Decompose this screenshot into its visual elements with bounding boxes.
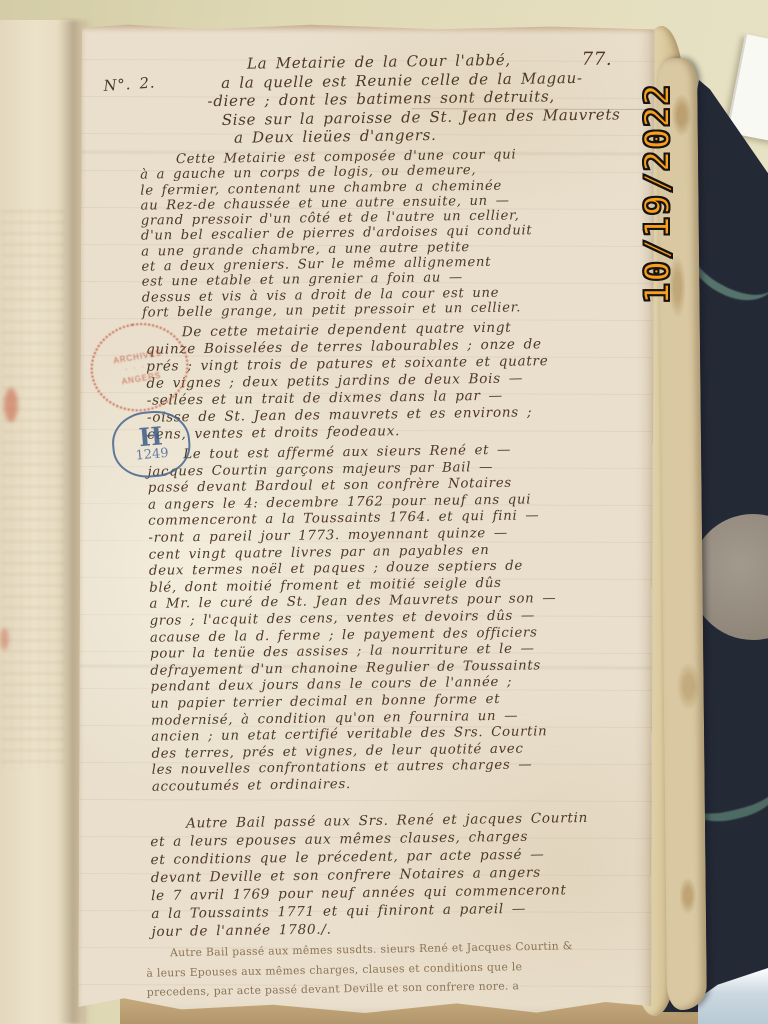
ink-bleedthrough-marks <box>2 210 64 770</box>
manuscript-line: a Deux lieües d'angers. <box>234 124 621 148</box>
red-ink-smudge <box>0 628 9 650</box>
red-stamp-text-top: ARCHIVES <box>113 348 163 365</box>
camera-date-stamp: 10/19/2022 <box>638 48 678 304</box>
shelfmark-number: 1249 <box>135 447 169 464</box>
manuscript-sheet: 77. N°. 2. La Metairie de la Cour l'abbé… <box>78 23 654 1015</box>
photo-of-manuscript-page: 77. N°. 2. La Metairie de la Cour l'abbé… <box>0 0 768 1024</box>
later-footnote: Autre Bail passé aux mêmes susdts. sieur… <box>146 936 574 1002</box>
red-ink-smudge <box>4 388 18 422</box>
paragraph-lease-1769: Autre Bail passé aux Srs. René et jacque… <box>150 809 590 941</box>
paragraph-lease-1762: Le tout est affermé aux sieurs René et —… <box>147 442 559 796</box>
paragraph-description: Cette Metairie est composée d'une cour q… <box>140 147 534 321</box>
entry-title: La Metairie de la Cour l'abbé,a la quell… <box>221 49 621 148</box>
paragraph-lands: De cette metairie dependent quatre vingt… <box>146 319 550 444</box>
item-number: N°. 2. <box>103 73 156 94</box>
